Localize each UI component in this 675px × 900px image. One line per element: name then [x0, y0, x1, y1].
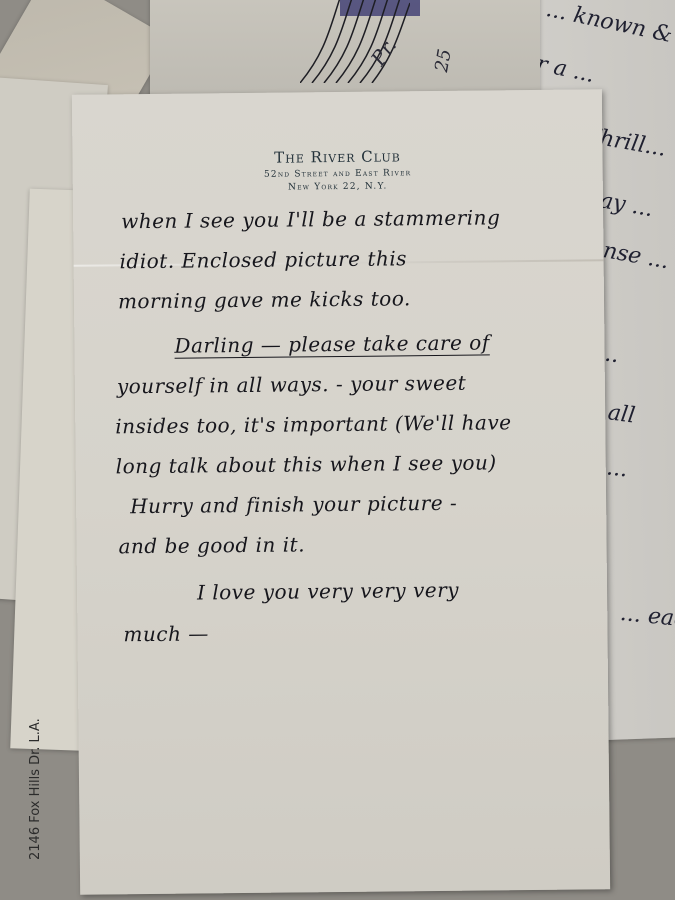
letterhead-address-2: New York 22, N.Y.: [73, 179, 603, 195]
postmark-number: 25: [431, 47, 456, 73]
letter-line: long talk about this when I see you): [116, 450, 497, 478]
letter-line: morning gave me kicks too.: [118, 286, 411, 313]
background-envelope-top: [150, 0, 540, 100]
letter-line: yourself in all ways. - your sweet: [117, 371, 467, 399]
letter-line-salutation: Darling — please take care of: [174, 330, 489, 357]
letter-line-closing-2: much —: [123, 621, 209, 646]
envelope-address: 2146 Fox Hills Dr. L.A.: [28, 718, 43, 860]
letterhead-name: The River Club: [72, 145, 602, 169]
letter-line: Hurry and finish your picture -: [130, 491, 457, 518]
letter-line: idiot. Enclosed picture this: [119, 246, 407, 273]
letter-line-closing: I love you very very very: [197, 578, 459, 605]
letter-line: when I see you I'll be a stammering: [121, 205, 500, 233]
letter-line: insides too, it's important (We'll have: [115, 410, 511, 438]
letter-sheet: The River Club 52nd Street and East Rive…: [72, 89, 610, 895]
letter-line: and be good in it.: [118, 532, 305, 558]
letterhead: The River Club 52nd Street and East Rive…: [72, 145, 602, 195]
